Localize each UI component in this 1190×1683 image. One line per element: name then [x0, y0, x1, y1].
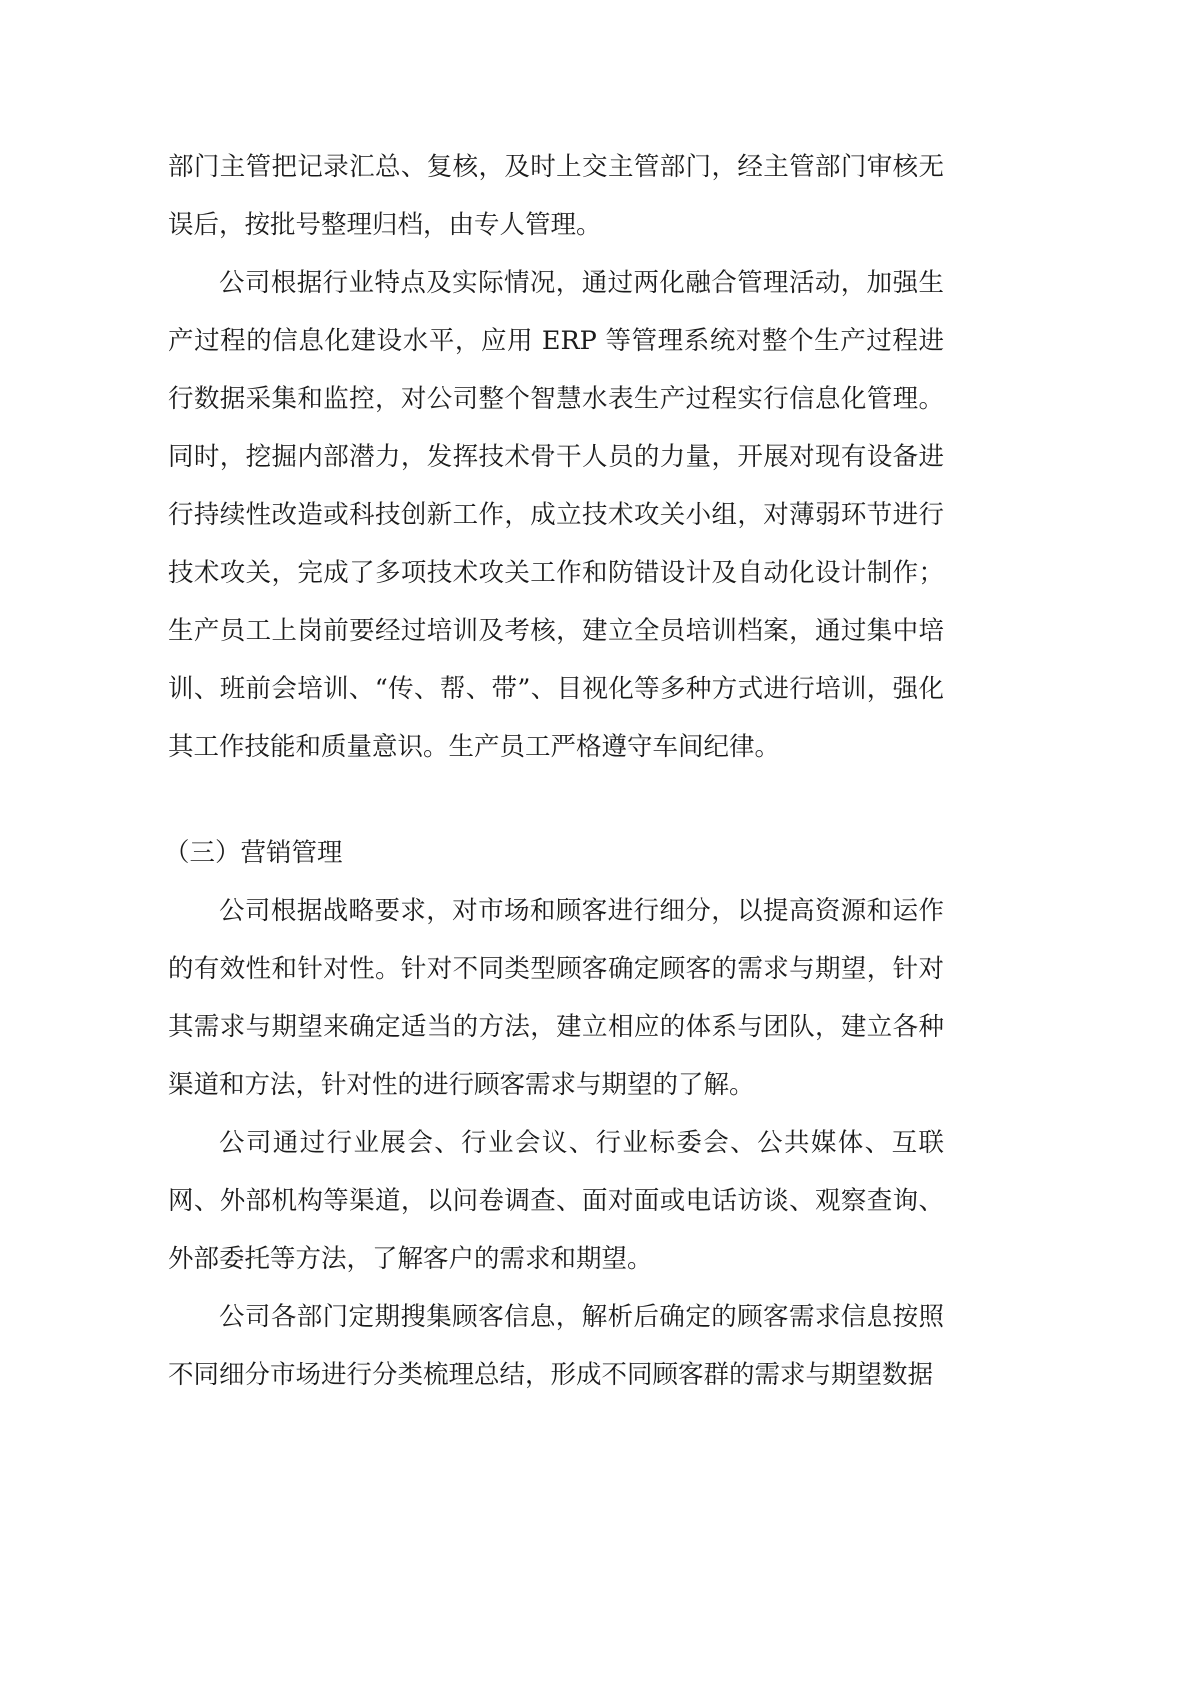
document-page: 部门主管把记录汇总、复核，及时上交主管部门，经主管部门审核无误后，按批号整理归档…	[168, 138, 944, 1404]
section-heading-marketing: （三）营销管理	[164, 824, 944, 882]
paragraph-market-segmentation: 公司根据战略要求，对市场和顾客进行细分，以提高资源和运作的有效性和针对性。针对不…	[168, 882, 944, 1114]
paragraph-production-management: 公司根据行业特点及实际情况，通过两化融合管理活动，加强生产过程的信息化建设水平，…	[168, 254, 944, 776]
paragraph-customer-info-collection: 公司各部门定期搜集顾客信息，解析后确定的顾客需求信息按照不同细分市场进行分类梳理…	[168, 1288, 944, 1404]
paragraph-information-channels: 公司通过行业展会、行业会议、行业标委会、公共媒体、互联网、外部机构等渠道，以问卷…	[168, 1114, 944, 1288]
paragraph-records-archiving: 部门主管把记录汇总、复核，及时上交主管部门，经主管部门审核无误后，按批号整理归档…	[168, 138, 944, 254]
